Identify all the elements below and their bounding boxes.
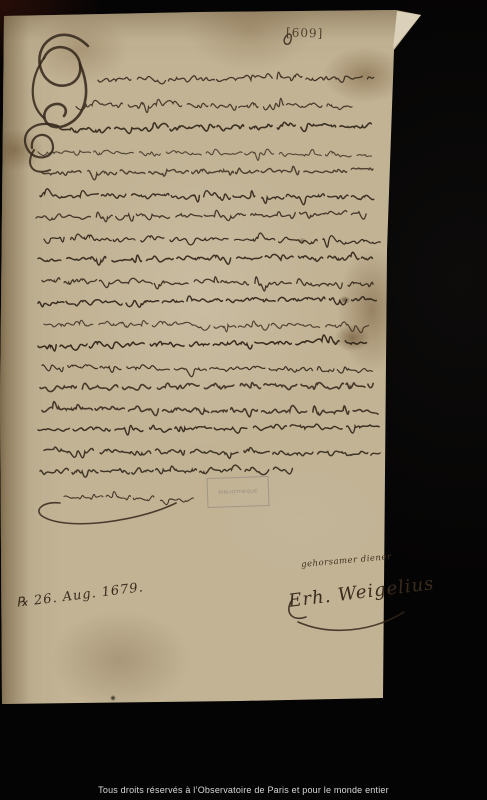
library-stamp: BIBLIOTHEQUE <box>206 476 269 508</box>
library-stamp-text: BIBLIOTHEQUE <box>218 489 257 495</box>
manuscript-page <box>0 0 487 800</box>
copyright-caption: Tous droits réservés à l’Observatoire de… <box>0 785 487 795</box>
photo-background: [609] BIBLIOTHEQUE ℞ 26. Aug. 1679. geho… <box>0 0 487 800</box>
folio-number-label: [609] <box>286 26 324 41</box>
